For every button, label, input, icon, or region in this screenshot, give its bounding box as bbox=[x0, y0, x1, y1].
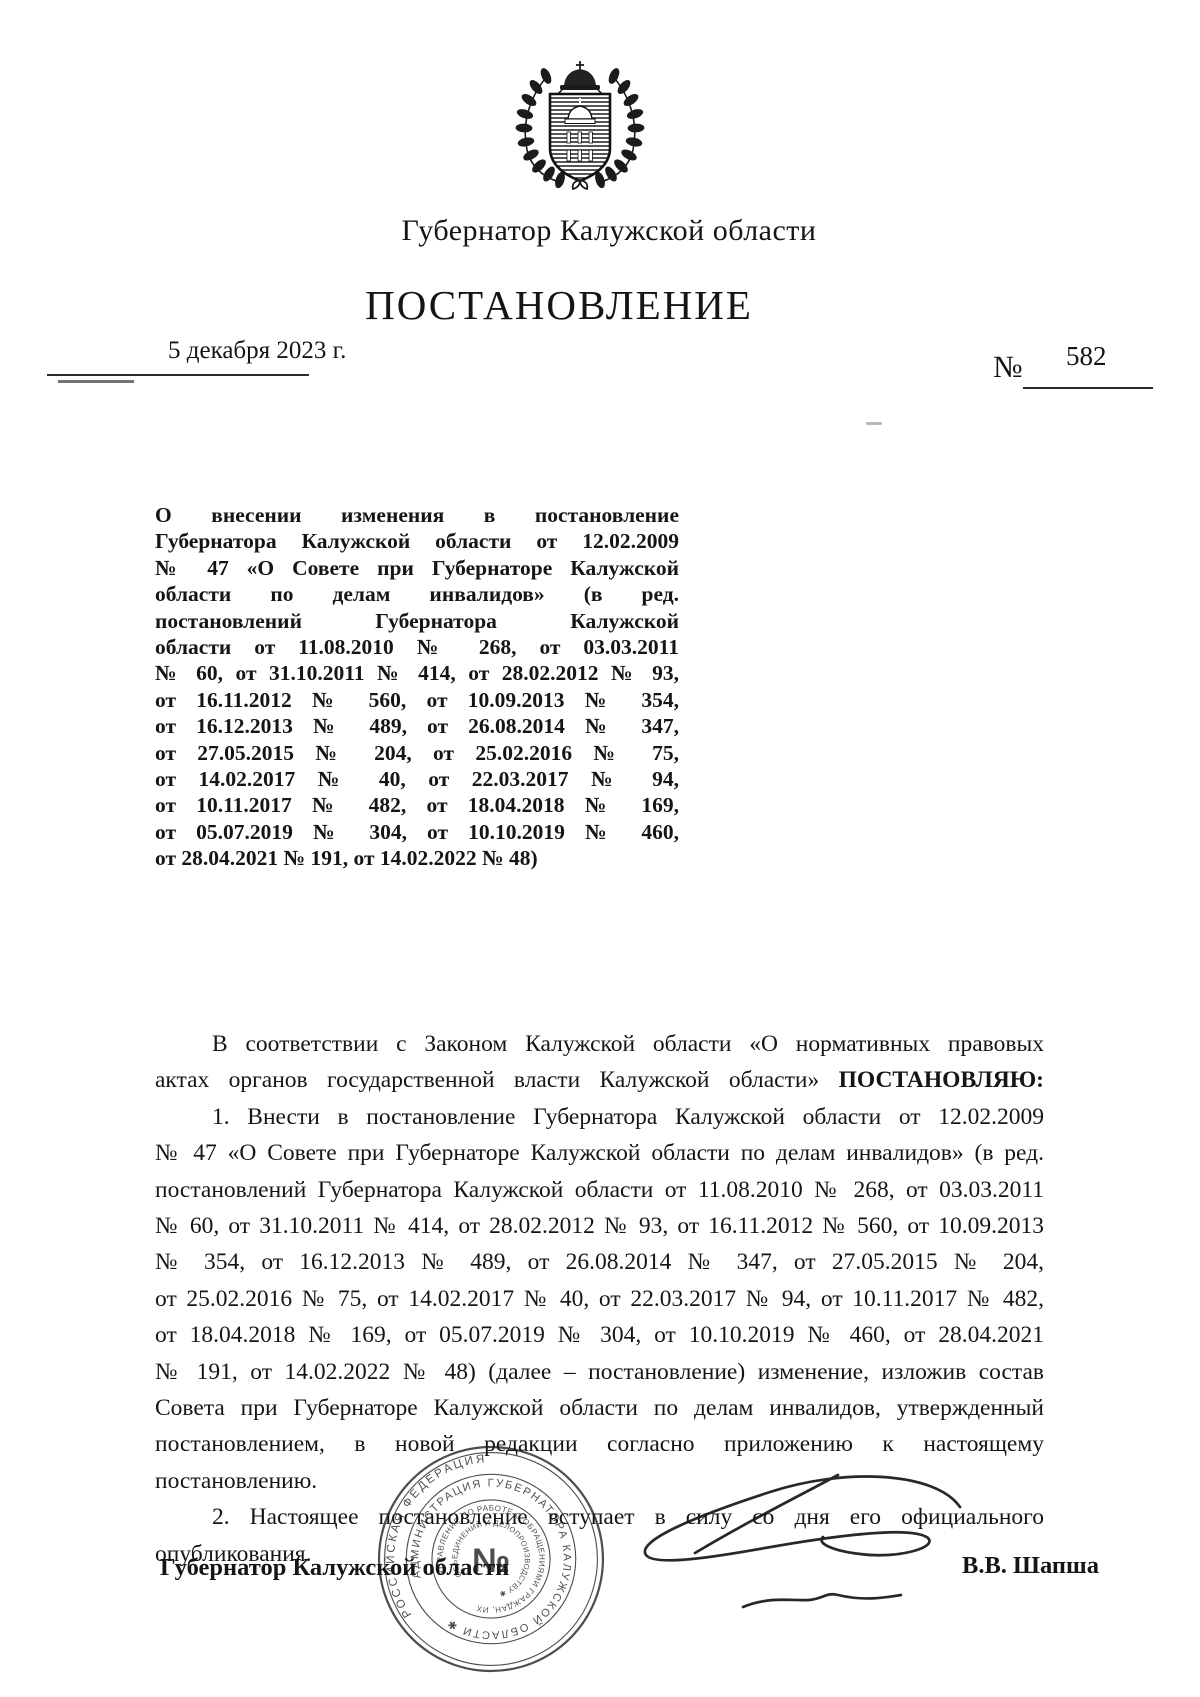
title-line: от 14.02.2017 № 40, от 22.03.2017 № 94, bbox=[155, 766, 679, 792]
body-line: постановлений Губернатора Калужской обла… bbox=[155, 1172, 1044, 1208]
document-date: 5 декабря 2023 г. bbox=[168, 337, 346, 365]
title-line: от 16.11.2012 № 560, от 10.09.2013 № 354… bbox=[155, 687, 679, 713]
title-line: области от 11.08.2010 № 268, от 03.03.20… bbox=[155, 634, 679, 660]
shield bbox=[550, 94, 610, 181]
issuing-authority: Губернатор Калужской области bbox=[0, 214, 1200, 248]
title-line: № 47 «О Совете при Губернаторе Калужской bbox=[155, 555, 679, 581]
coat-of-arms bbox=[505, 60, 655, 190]
body-line: В соответствии с Законом Калужской облас… bbox=[155, 1026, 1044, 1062]
date-underline bbox=[47, 374, 309, 376]
title-line: от 10.11.2017 № 482, от 18.04.2018 № 169… bbox=[155, 792, 679, 818]
body-line: от 25.02.2016 № 75, от 14.02.2017 № 40, … bbox=[155, 1281, 1044, 1317]
title-line: от 05.07.2019 № 304, от 10.10.2019 № 460… bbox=[155, 819, 679, 845]
title-line: от 27.05.2015 № 204, от 25.02.2016 № 75, bbox=[155, 740, 679, 766]
title-line: области по делам инвалидов» (в ред. bbox=[155, 581, 679, 607]
title-line: № 60, от 31.10.2011 № 414, от 28.02.2012… bbox=[155, 660, 679, 686]
title-line: от 28.04.2021 № 191, от 14.02.2022 № 48) bbox=[155, 845, 679, 871]
body-line: № 354, от 16.12.2013 № 489, от 26.08.201… bbox=[155, 1244, 1044, 1280]
title-line: О внесении изменения в постановление bbox=[155, 502, 679, 528]
body-line: Совета при Губернаторе Калужской области… bbox=[155, 1390, 1044, 1426]
official-stamp: РОССИЙСКАЯ ФЕДЕРАЦИЯ АДМИНИСТРАЦИЯ ГУБЕР… bbox=[375, 1443, 607, 1675]
number-value: 582 bbox=[1066, 341, 1107, 372]
signature-flourish bbox=[743, 1594, 901, 1607]
body-line: от 18.04.2018 № 169, от 05.07.2019 № 304… bbox=[155, 1317, 1044, 1353]
ribbon-bow bbox=[573, 180, 588, 189]
title-line: Губернатора Калужской области от 12.02.2… bbox=[155, 528, 679, 554]
title-line: постановлений Губернатора Калужской bbox=[155, 608, 679, 634]
body-line: актах органов государственной власти Кал… bbox=[155, 1062, 1044, 1098]
signature-loop bbox=[645, 1476, 960, 1560]
stamp-number-sign: № bbox=[472, 1542, 510, 1580]
title-block: О внесении изменения в постановлениеГубе… bbox=[155, 502, 679, 872]
signature-scribble bbox=[595, 1455, 995, 1630]
body-line: № 191, от 14.02.2022 № 48) (далее – пост… bbox=[155, 1354, 1044, 1390]
body-line: 1. Внести в постановление Губернатора Ка… bbox=[155, 1099, 1044, 1135]
body-line: № 47 «О Совете при Губернаторе Калужской… bbox=[155, 1135, 1044, 1171]
body-bold-text: ПОСТАНОВЛЯЮ: bbox=[839, 1067, 1044, 1093]
body-line: № 60, от 31.10.2011 № 414, от 28.02.2012… bbox=[155, 1208, 1044, 1244]
scan-artifact bbox=[866, 422, 882, 425]
title-line: от 16.12.2013 № 489, от 26.08.2014 № 347… bbox=[155, 713, 679, 739]
signature-stroke bbox=[695, 1475, 838, 1553]
decree-page: Губернатор Калужской области ПОСТАНОВЛЕН… bbox=[0, 0, 1200, 1697]
document-type-title: ПОСТАНОВЛЕНИЕ bbox=[0, 281, 1200, 329]
date-underline-secondary bbox=[58, 380, 134, 383]
number-underline bbox=[1023, 387, 1153, 389]
number-label: № bbox=[993, 349, 1023, 385]
